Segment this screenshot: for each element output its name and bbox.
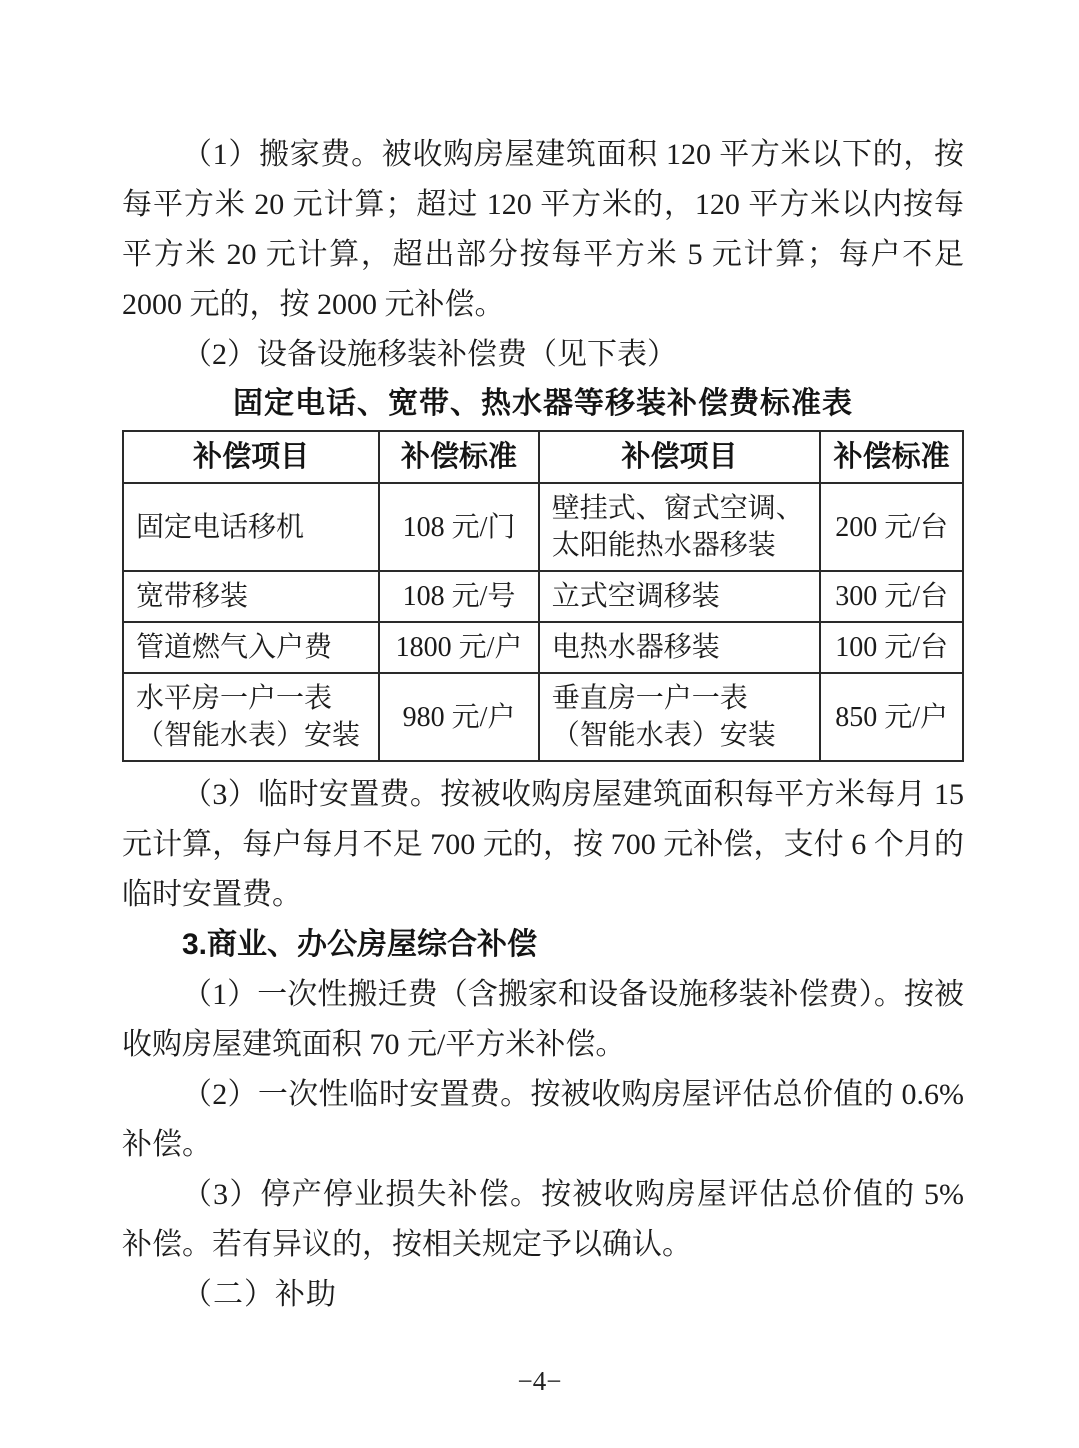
cell-item: 水平房一户一表（智能水表）安装 (123, 673, 379, 761)
page-number: −4− (0, 1366, 1079, 1396)
table-row: 固定电话移机 108 元/门 壁挂式、窗式空调、太阳能热水器移装 200 元/台 (123, 483, 963, 571)
paragraph-equipment-relocation-intro: （2）设备设施移装补偿费（见下表） (122, 330, 964, 380)
cell-standard: 108 元/号 (379, 571, 539, 622)
column-header-standard-right: 补偿标准 (820, 431, 963, 483)
cell-standard: 108 元/门 (379, 483, 539, 571)
cell-standard: 1800 元/户 (379, 622, 539, 673)
section-heading-subsidy: （二）补助 (122, 1270, 964, 1320)
document-body: （1）搬家费。被收购房屋建筑面积 120 平方米以下的，按每平方米 20 元计算… (122, 130, 964, 1320)
cell-item: 电热水器移装 (539, 622, 820, 673)
table-row: 管道燃气入户费 1800 元/户 电热水器移装 100 元/台 (123, 622, 963, 673)
paragraph-business-suspension-loss: （3）停产停业损失补偿。按被收购房屋评估总价值的 5%补偿。若有异议的，按相关规… (122, 1170, 964, 1270)
cell-item: 垂直房一户一表 （智能水表）安装 (539, 673, 820, 761)
table-title: 固定电话、宽带、热水器等移装补偿费标准表 (122, 382, 964, 426)
cell-item: 管道燃气入户费 (123, 622, 379, 673)
cell-standard: 100 元/台 (820, 622, 963, 673)
cell-standard: 850 元/户 (820, 673, 963, 761)
section-heading-commercial-compensation: 3.商业、办公房屋综合补偿 (122, 920, 964, 970)
column-header-standard-left: 补偿标准 (379, 431, 539, 483)
column-header-item-left: 补偿项目 (123, 431, 379, 483)
paragraph-onetime-temp-resettlement: （2）一次性临时安置费。按被收购房屋评估总价值的 0.6%补偿。 (122, 1070, 964, 1170)
column-header-item-right: 补偿项目 (539, 431, 820, 483)
paragraph-moving-fee: （1）搬家费。被收购房屋建筑面积 120 平方米以下的，按每平方米 20 元计算… (122, 130, 964, 330)
table-row: 宽带移装 108 元/号 立式空调移装 300 元/台 (123, 571, 963, 622)
cell-standard: 980 元/户 (379, 673, 539, 761)
cell-item: 壁挂式、窗式空调、太阳能热水器移装 (539, 483, 820, 571)
cell-item: 立式空调移装 (539, 571, 820, 622)
table-header-row: 补偿项目 补偿标准 补偿项目 补偿标准 (123, 431, 963, 483)
table-row: 水平房一户一表（智能水表）安装 980 元/户 垂直房一户一表 （智能水表）安装… (123, 673, 963, 761)
cell-item: 宽带移装 (123, 571, 379, 622)
document-page: （1）搬家费。被收购房屋建筑面积 120 平方米以下的，按每平方米 20 元计算… (0, 0, 1079, 1448)
cell-standard: 200 元/台 (820, 483, 963, 571)
paragraph-temporary-resettlement-fee: （3）临时安置费。按被收购房屋建筑面积每平方米每月 15 元计算，每户每月不足 … (122, 770, 964, 920)
compensation-standards-table: 补偿项目 补偿标准 补偿项目 补偿标准 固定电话移机 108 元/门 壁挂式、窗… (122, 430, 964, 762)
cell-item: 固定电话移机 (123, 483, 379, 571)
paragraph-onetime-moving-fee: （1）一次性搬迁费（含搬家和设备设施移装补偿费）。按被收购房屋建筑面积 70 元… (122, 970, 964, 1070)
cell-standard: 300 元/台 (820, 571, 963, 622)
